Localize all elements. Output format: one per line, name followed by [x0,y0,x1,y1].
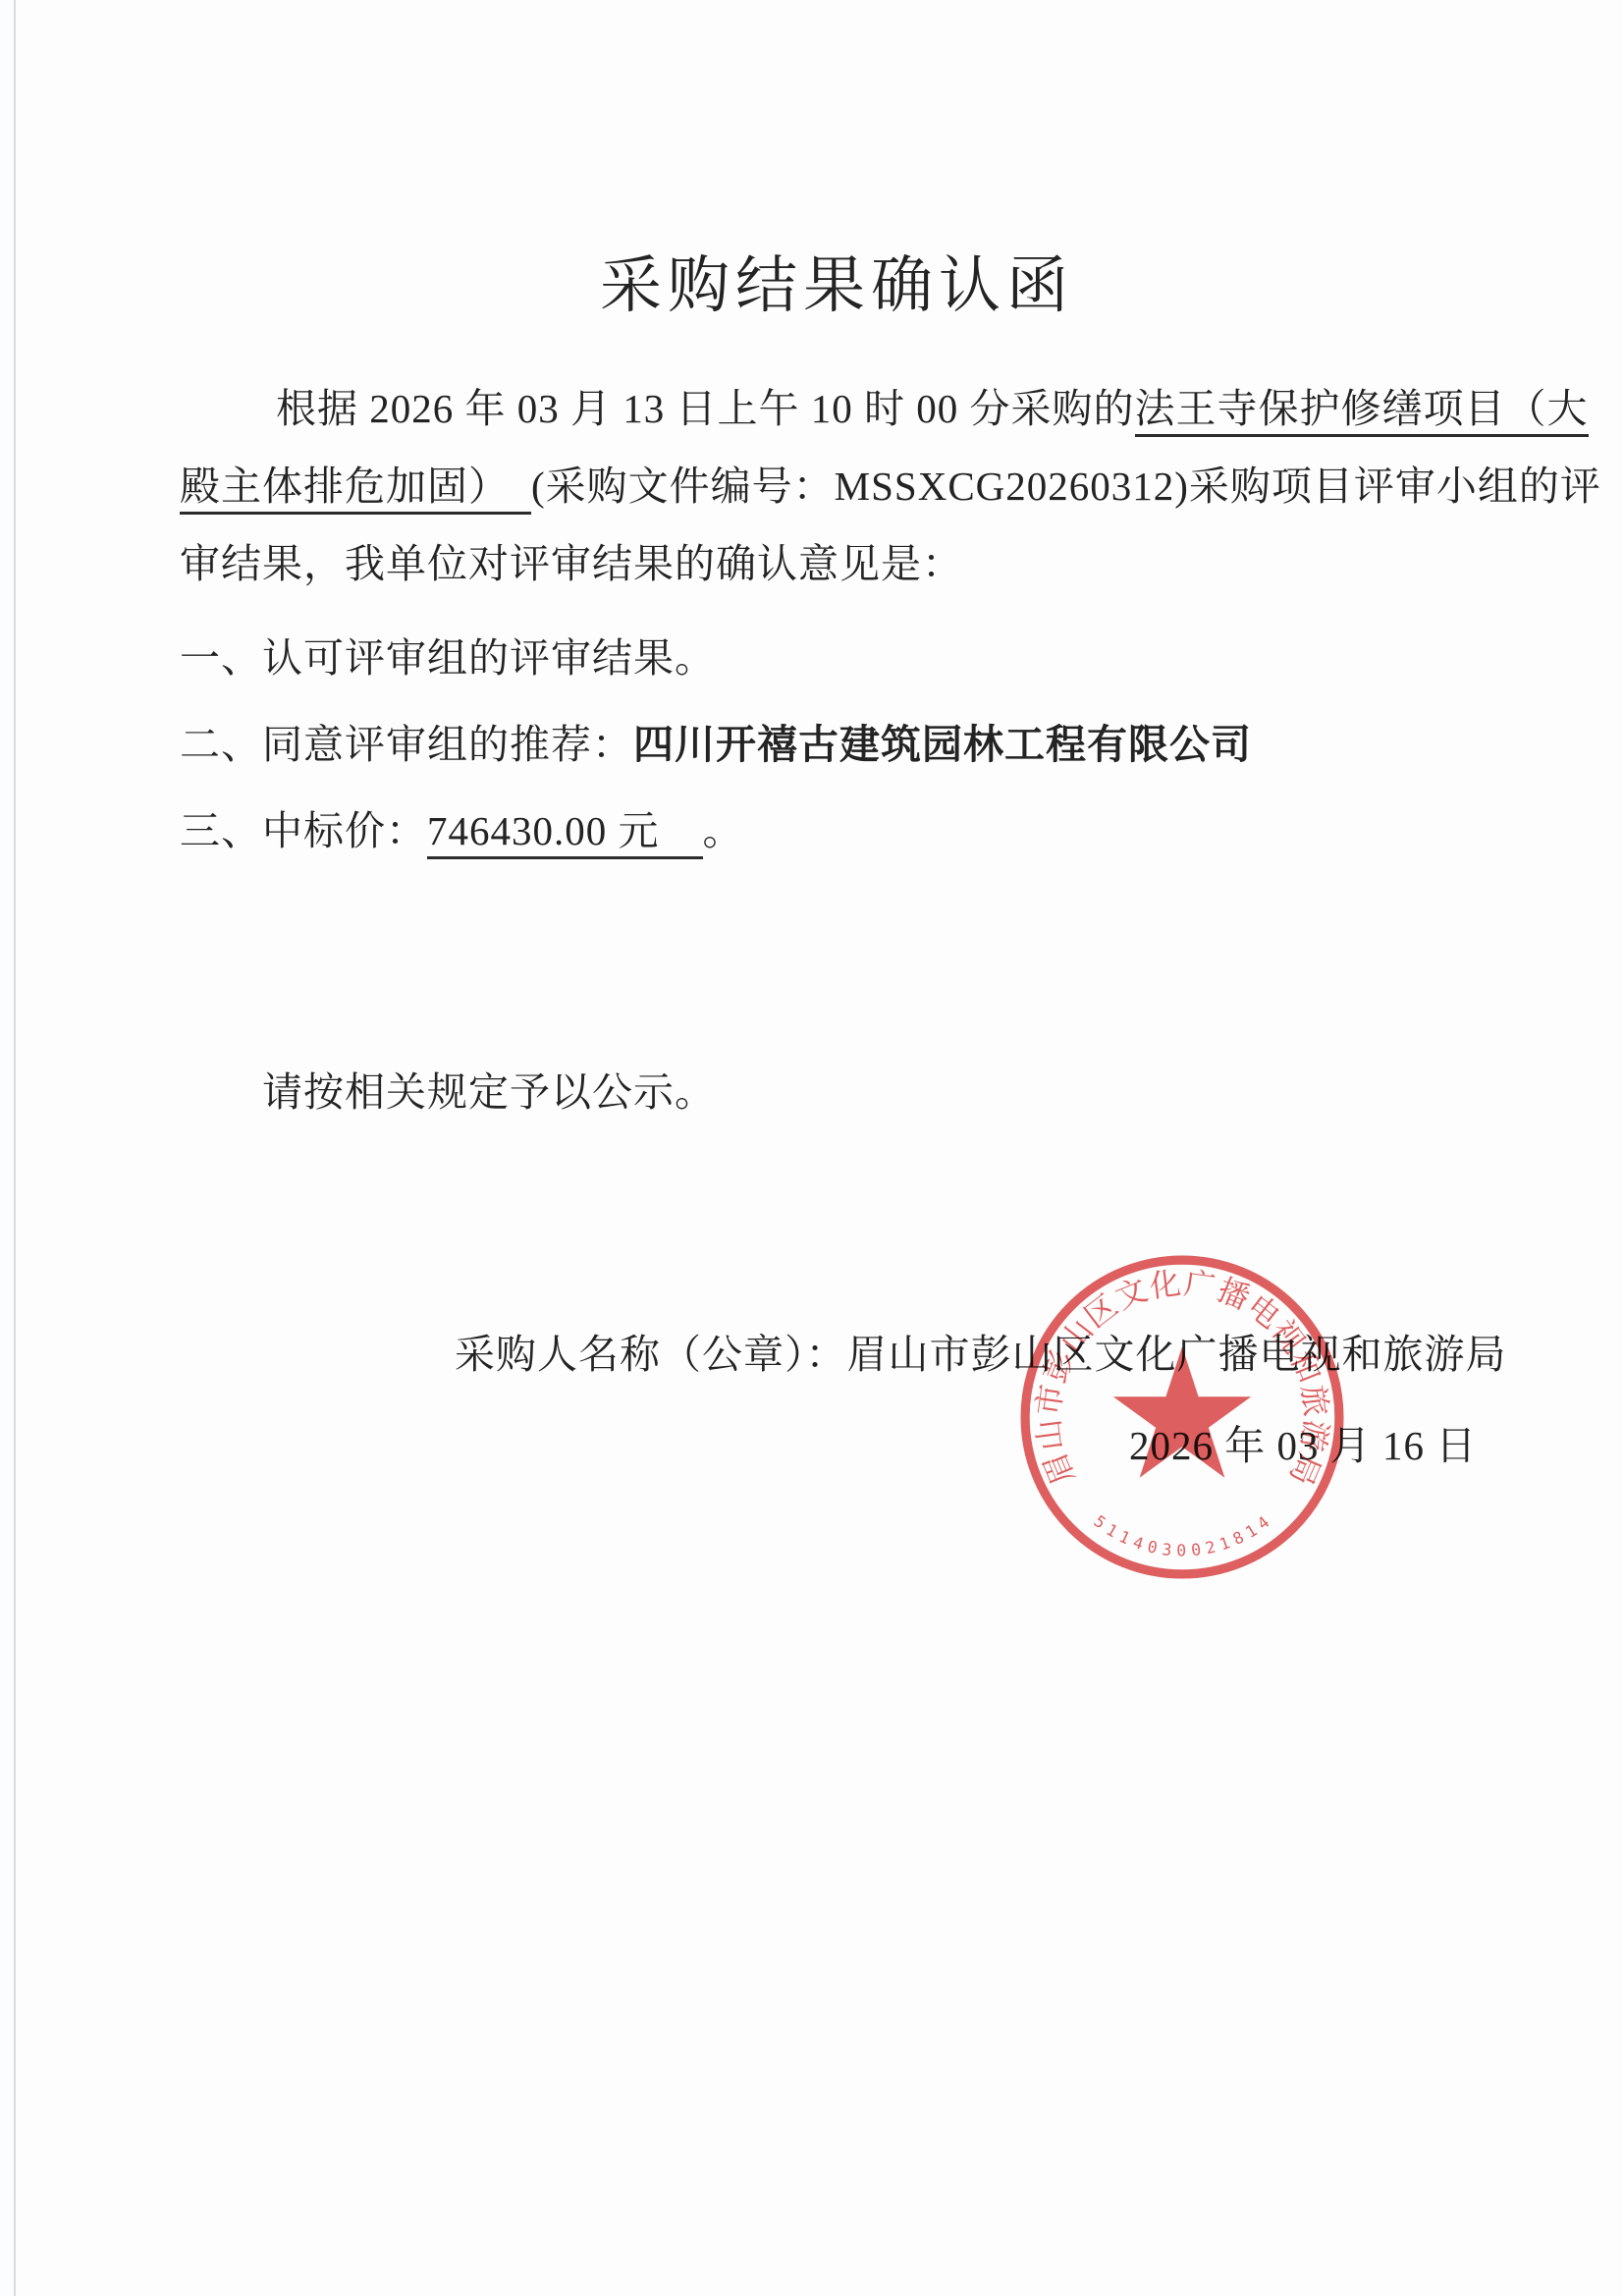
seal-serial-number: 5114030021814 [1090,1509,1276,1560]
project-name-underlined-part1: 法王寺保护修缮项目（大 [1135,386,1589,437]
list-item-3: 三、中标价：746430.00 元。 [180,806,744,856]
seal-ring [1025,1260,1339,1574]
body-line-3: 审结果，我单位对评审结果的确认意见是： [180,539,963,589]
body-line-1-text: 根据 2026 年 03 月 13 日上午 10 时 00 分采购的 [276,386,1135,431]
purchaser-label: 采购人名称（公章）： [455,1332,847,1377]
body-line-2-text: (采购文件编号：MSSXCG20260312)采购项目评审小组的评 [531,464,1601,509]
scanned-document-page: 采购结果确认函 根据 2026 年 03 月 13 日上午 10 时 00 分采… [0,0,1623,2296]
scan-artifact-line [14,0,16,2296]
list-item-2: 二、同意评审组的推荐：四川开禧古建筑园林工程有限公司 [180,720,1252,770]
winning-company-name: 四川开禧古建筑园林工程有限公司 [633,722,1252,767]
purchaser-org-name: 眉山市彭山区文化广播电视和旅游局 [847,1332,1507,1377]
body-line-1: 根据 2026 年 03 月 13 日上午 10 时 00 分采购的法王寺保护修… [180,384,1589,434]
list-item-3-period: 。 [703,808,744,853]
document-title: 采购结果确认函 [26,236,1623,325]
list-item-1: 一、认可评审组的评审结果。 [180,633,716,683]
list-item-3-label: 三、中标价： [180,808,427,853]
winning-price-underlined: 746430.00 元 [427,808,703,859]
publicity-notice-line: 请按相关规定予以公示。 [262,1067,716,1118]
official-seal: 眉山市彭山区文化广播电视和旅游局 5114030021814 [981,1216,1383,1618]
purchaser-signature-line: 采购人名称（公章）：眉山市彭山区文化广播电视和旅游局 [455,1330,1507,1380]
body-line-2: 殿主体排危加固）(采购文件编号：MSSXCG20260312)采购项目评审小组的… [180,462,1601,512]
list-item-2-label: 二、同意评审组的推荐： [180,722,633,767]
project-name-underlined-part2: 殿主体排危加固） [180,464,531,515]
signature-date: 2026 年 03 月 16 日 [1129,1421,1477,1471]
